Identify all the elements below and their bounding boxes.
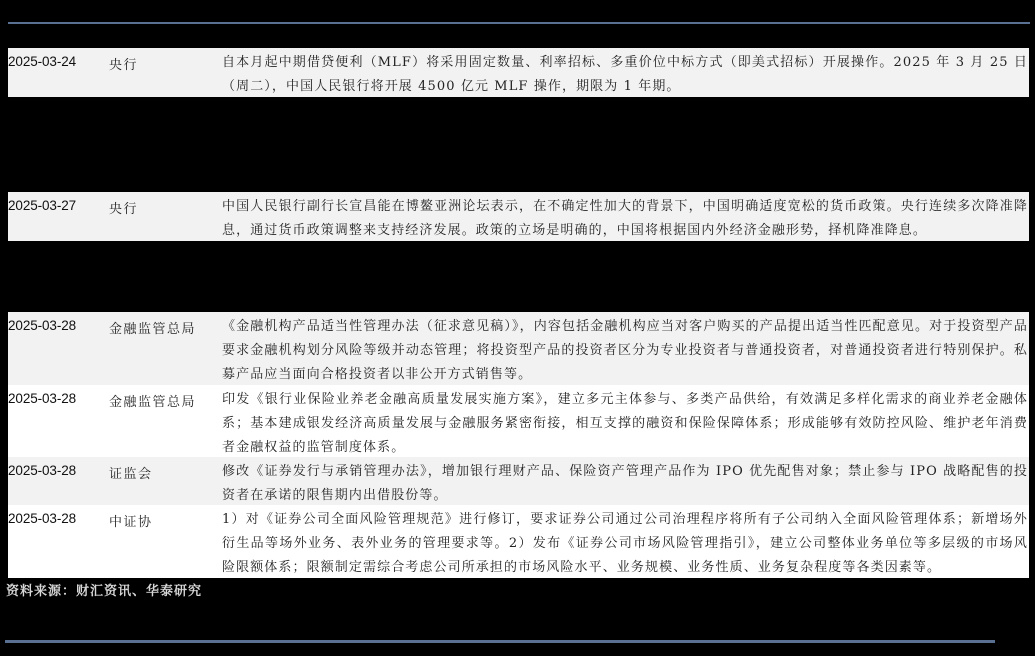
row-content: 印发《银行业保险业养老金融高质量发展实施方案》，建立多元主体参与、多类产品供给，… bbox=[222, 388, 1028, 460]
row-content: 中国人民银行副行长宣昌能在博鳌亚洲论坛表示，在不确定性加大的背景下，中国明确适度… bbox=[222, 195, 1028, 243]
row-date: 2025-03-28 bbox=[8, 511, 76, 526]
table-row: 2025-03-28 金融监管总局 印发《银行业保险业养老金融高质量发展实施方案… bbox=[8, 385, 1029, 457]
row-org: 金融监管总局 bbox=[109, 391, 196, 410]
row-org: 央行 bbox=[109, 198, 138, 217]
table-row: 2025-03-28 证监会 修改《证券发行与承销管理办法》，增加银行理财产品、… bbox=[8, 457, 1029, 505]
row-date: 2025-03-27 bbox=[8, 198, 76, 213]
row-content: 自本月起中期借贷便利（MLF）将采用固定数量、利率招标、多重价位中标方式（即美式… bbox=[222, 51, 1028, 99]
row-org: 证监会 bbox=[109, 463, 153, 482]
row-org: 中证协 bbox=[109, 511, 153, 530]
table-row: 2025-03-28 金融监管总局 《金融机构产品适当性管理办法（征求意见稿）》… bbox=[8, 312, 1029, 385]
row-date: 2025-03-28 bbox=[8, 391, 76, 406]
table-row: 2025-03-24 央行 自本月起中期借贷便利（MLF）将采用固定数量、利率招… bbox=[8, 48, 1029, 97]
bottom-divider-line bbox=[5, 640, 995, 643]
source-note: 资料来源：财汇资讯、华泰研究 bbox=[6, 580, 202, 599]
table-row: 2025-03-28 中证协 1）对《证券公司全面风险管理规范》进行修订，要求证… bbox=[8, 505, 1029, 578]
row-content: 修改《证券发行与承销管理办法》，增加银行理财产品、保险资产管理产品作为 IPO … bbox=[222, 460, 1028, 508]
table-row: 2025-03-27 央行 中国人民银行副行长宣昌能在博鳌亚洲论坛表示，在不确定… bbox=[8, 192, 1029, 241]
row-org: 央行 bbox=[109, 54, 138, 73]
row-date: 2025-03-24 bbox=[8, 54, 76, 69]
row-org: 金融监管总局 bbox=[109, 318, 196, 337]
row-date: 2025-03-28 bbox=[8, 463, 76, 478]
row-content: 《金融机构产品适当性管理办法（征求意见稿）》，内容包括金融机构应当对客户购买的产… bbox=[222, 315, 1028, 387]
row-content: 1）对《证券公司全面风险管理规范》进行修订，要求证券公司通过公司治理程序将所有子… bbox=[222, 508, 1028, 580]
top-divider-line bbox=[8, 22, 1030, 24]
row-date: 2025-03-28 bbox=[8, 318, 76, 333]
